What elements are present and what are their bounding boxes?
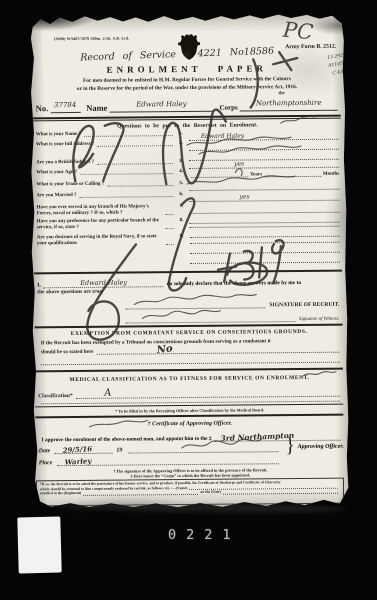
dotted-line [166,228,174,229]
recruit-signature-line [125,299,265,309]
divider-rule [35,368,343,372]
question-row: Have you ever served in any branch of Hi… [37,203,340,206]
answer-number: 5. [179,181,189,191]
declaration-prefix: I, [37,282,41,288]
frame-counter: 0221 [168,527,241,543]
dotted-line [84,135,173,137]
date-line: 29/5/16 [54,444,112,455]
dotted-line [83,494,198,496]
dotted-line [41,361,340,366]
exemption-body1: If the Recruit has been exempted by a Tr… [41,338,340,347]
declaration-body: do solemnly declare that the above answe… [167,280,301,287]
exemption-heading: EXEMPTION FROM COMBATANT SERVICE ON CONS… [31,329,348,338]
date-value: 29/5/16 [62,444,92,455]
answer-number: 9. [180,234,190,264]
dotted-line [166,214,174,215]
age-answer-line: Years Months [189,168,339,178]
declaration-line: I, Edward Haley do solemnly declare that… [37,277,339,289]
classification-line: A [76,386,341,399]
answer-line: yes [189,191,339,202]
no-field: 37784 [50,94,80,113]
question-text: What is your Age ? [36,170,77,176]
film-notch-card [17,516,61,573]
question-text: Are you a British Subject ? [36,160,94,167]
dotted-line [80,173,173,175]
exemption-body2-row: should be so stated here No [41,347,340,356]
printer-imprint: (9498) W3487/5078 500m. 2/16. S.B. Ltd. [54,37,129,42]
divider-rule [35,324,343,328]
question-row: Are you desirous of serving in the Royal… [37,233,340,236]
question-row: Are you a British Subject ? 3. yes [36,158,339,161]
question-row: What is your full Address ? 2. [36,140,339,143]
answer-line [190,253,340,264]
classification-row: Classification* A [38,386,340,400]
question-row: What is your Age ? 4. Years Months [36,168,339,171]
question-text: What is your full Address ? [36,142,94,149]
form-number: Army Form B. 2512. [285,44,336,50]
declaration-body2: the above questions are true. [37,289,103,296]
classification-label: Classification* [38,393,73,399]
name-value: Edward Haley [136,100,186,108]
exemption-body2: should be so stated here [41,349,94,355]
dotted-line [97,145,173,147]
question-row: What is your Name ? 1. Edward Haley [36,130,339,133]
witness-signature-label: Signature of Witness. [299,317,340,322]
classification-value: A [103,387,111,399]
dotted-line [223,492,338,494]
name-field: Edward Haley [109,93,213,113]
dotted-line [264,176,321,177]
date-label: Date [39,448,51,454]
approve-row: I approve the enrolment of the above-nam… [41,430,340,444]
dotted-line [166,244,174,245]
months-label: Months [323,172,339,177]
question-text: What is your Trade or Calling ? [36,182,104,189]
medical-heading: MEDICAL CLASSIFICATION AS TO FITNESS FOR… [31,375,348,384]
identity-row: No. 37784 Name Edward Haley Corps Northa… [36,97,340,114]
exemption-answer: No [156,343,173,356]
place-value: Warley [64,456,91,467]
appointed-corps-value: 3rd Northampton [220,431,294,443]
recruit-signature-row: SIGNATURE OF RECRUIT. [125,299,339,310]
dotted-line [97,163,173,165]
corps-label: Corps [219,104,237,112]
answer-value: yes [239,193,249,200]
footnote-line3b-text: on the (Date) [200,490,221,495]
no-value: 37784 [54,101,76,109]
declarant-name: Edward Haley [80,279,127,287]
dotted-line [79,196,173,198]
scanned-microfilm-frame: (9498) W3487/5078 500m. 2/16. S.B. Ltd. … [0,0,377,600]
brace-glyph: } [286,434,295,458]
question-text: Have you ever served in any branch of Hi… [37,204,163,217]
question-row: Are you Married ? 6. yes [36,191,339,194]
certificate-heading: † Certificate of Approving Officer. [31,420,348,429]
appointed-corps-line: 3rd Northampton [214,430,340,442]
question-text: Have you any preference for any particul… [37,218,163,231]
recruit-signature-label: SIGNATURE OF RECRUIT. [269,302,339,309]
answer-value: yes [234,161,244,168]
form-title: ENROLMENT PAPER [28,63,345,76]
date-row: Date 29/5/16 19 [39,442,279,454]
exemption-answer-line: No [96,352,339,355]
handwritten-header-note: Record of Service a 4221 No18586 [80,46,274,64]
no-label: No. [36,103,49,113]
year-prefix: 19 [116,448,122,454]
dotted-line [107,185,173,187]
name-label: Name [86,103,107,113]
answer-number: 4. [179,169,189,178]
years-label: Years [250,172,262,177]
footnote-line3a-text: enrolled in the (Regiment) [40,491,81,496]
dotted-line [191,176,248,177]
answer-line [189,180,339,191]
question-text: Are you desirous of serving in the Royal… [37,234,163,247]
declarant-name-field: Edward Haley [44,278,164,288]
approving-officer-label: Approving Officer. [298,444,344,450]
place-label: Place [39,460,53,466]
corps-value: Northamptonshire [256,99,322,108]
officer-signature-line [128,442,278,453]
answer-number: 1. [179,131,189,141]
question-row: What is your Trade or Calling ? 5. [36,180,339,183]
answer-number: 3. [179,159,189,169]
enrolment-paper: (9498) W3487/5078 500m. 2/16. S.B. Ltd. … [28,11,349,511]
question-row: Have you any preference for any particul… [37,217,340,220]
margin-note: 13.292 [327,54,344,61]
question-text: Are you Married ? [36,193,76,199]
witness-signature-row: Signature of Witness. [125,313,339,324]
question-text: What is your Name ? [36,132,81,138]
divider-rule [35,414,343,418]
witness-signature-line [125,313,295,323]
divider-rule [34,270,342,274]
place-line: Warley [56,454,278,466]
handwritten-initials-stamp: PC [282,18,314,45]
answer-number: 6. [179,192,189,202]
place-row: Place Warley [39,454,279,466]
answer-value: Edward Haley [201,133,244,140]
corps-field: Northamptonshire [240,92,338,112]
